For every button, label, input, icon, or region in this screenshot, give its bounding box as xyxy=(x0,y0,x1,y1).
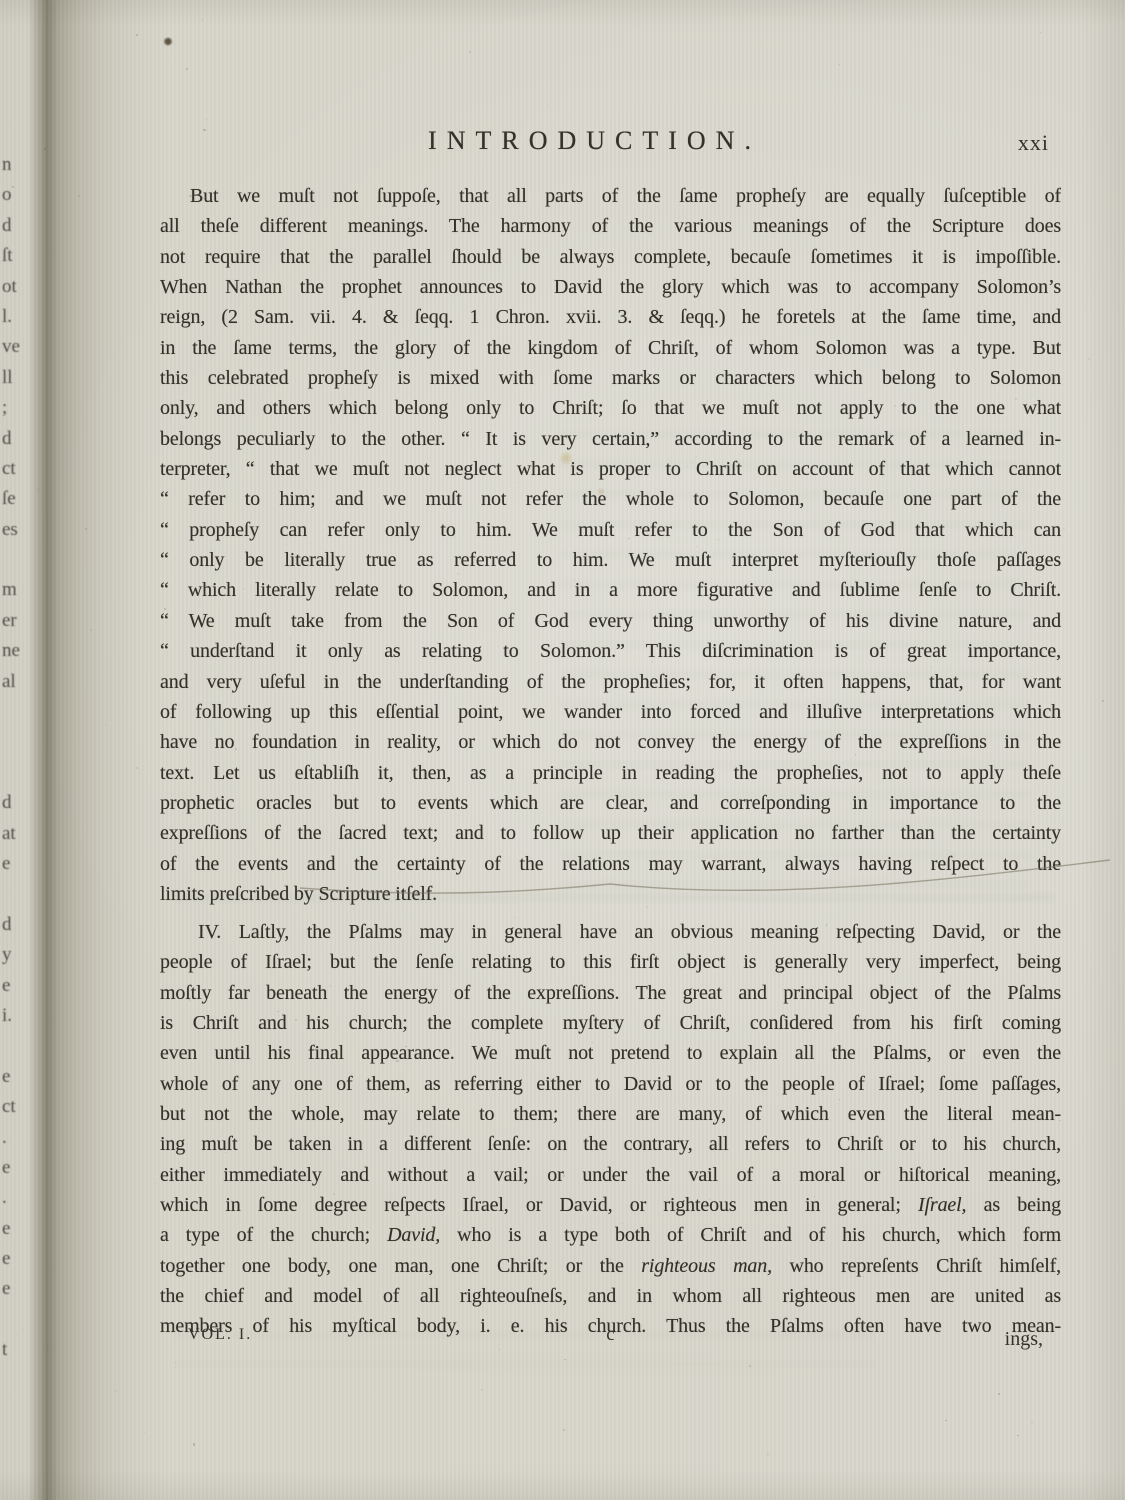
paper-speck xyxy=(564,1359,565,1360)
paper-speck xyxy=(290,638,291,639)
text-line: prophetic oracles but to events which ar… xyxy=(160,788,1061,818)
paper-speck xyxy=(193,1443,195,1445)
paper-speck xyxy=(186,68,188,70)
text-segment: together one body, one man, one Chriſt; … xyxy=(160,1255,641,1277)
text-line: When Nathan the prophet announces to Dav… xyxy=(160,272,1061,302)
paper-speck xyxy=(203,129,205,131)
facing-page-letter-fragment xyxy=(2,758,32,788)
paper-speck xyxy=(175,1362,176,1363)
paper-speck xyxy=(136,767,138,769)
catchword: ings, xyxy=(1005,1328,1043,1351)
facing-page-letter-fragment: d xyxy=(2,211,32,241)
paper-speck xyxy=(894,405,896,407)
facing-page-letter-fragment: n xyxy=(2,150,32,180)
facing-page-letter-fragment: e xyxy=(2,1062,32,1092)
paper-speck xyxy=(876,699,877,700)
paper-speck xyxy=(12,186,14,188)
facing-page-letter-fragment xyxy=(2,879,32,909)
text-line: together one body, one man, one Chriſt; … xyxy=(160,1251,1061,1281)
text-line: either immediately and without a vail; o… xyxy=(160,1160,1061,1190)
paper-speck xyxy=(950,742,952,744)
paper-speck xyxy=(839,64,840,65)
paper-speck xyxy=(396,1060,398,1062)
paper-speck xyxy=(1107,1174,1108,1175)
facing-page-letter-fragment: e xyxy=(2,1214,32,1244)
paper-speck xyxy=(105,724,106,725)
italic-phrase: David, xyxy=(387,1224,440,1246)
text-line: all theſe different meanings. The harmon… xyxy=(160,211,1061,241)
paper-speck xyxy=(949,534,950,535)
signature-mark: c xyxy=(160,1324,1061,1346)
paper-speck xyxy=(182,1489,183,1490)
text-segment: who is a type both of Chriſt and of his … xyxy=(440,1224,1061,1246)
facing-page-letter-fragment: ot xyxy=(2,272,32,302)
facing-page-letter-fragment xyxy=(2,545,32,575)
facing-page-letter-fragment: m xyxy=(2,575,32,605)
text-line: “ propheſy can refer only to him. We muſ… xyxy=(160,515,1061,545)
paragraph-1: But we muſt not ſuppoſe, that all parts … xyxy=(160,181,1061,909)
paper-speck xyxy=(646,906,648,908)
paper-speck xyxy=(888,1295,889,1296)
paper-speck xyxy=(189,195,191,197)
text-line: belongs peculiarly to the other. “ It is… xyxy=(160,424,1061,454)
facing-page-letter-fragment: er xyxy=(2,606,32,636)
paper-speck xyxy=(16,1334,17,1335)
facing-page-letter-fragment xyxy=(2,1305,32,1335)
paper-speck xyxy=(225,1152,226,1153)
text-line: terpreter, “ that we muſt not neglect wh… xyxy=(160,454,1061,484)
running-title: INTRODUCTION. xyxy=(144,126,1045,156)
text-line: reign, (2 Sam. vii. 4. & ſeqq. 1 Chron. … xyxy=(160,302,1061,332)
text-line: is Chriſt and his church; the complete m… xyxy=(160,1008,1061,1038)
facing-page-letter-fragment: t xyxy=(2,1335,32,1365)
paper-speck xyxy=(90,629,92,631)
paper-speck xyxy=(499,1349,500,1350)
facing-page-letter-fragment: ; xyxy=(2,393,32,423)
facing-page-letter-fragment: ve xyxy=(2,332,32,362)
facing-page-letter-fragment: e xyxy=(2,971,32,1001)
paper-speck xyxy=(767,1453,769,1455)
facing-page-letter-fragment: ſt xyxy=(2,241,32,271)
text-line: people of Iſrael; but the ſenſe relating… xyxy=(160,947,1061,977)
paper-speck xyxy=(481,1389,483,1391)
facing-page-letter-fragment: e xyxy=(2,1274,32,1304)
paper-speck xyxy=(814,1196,815,1197)
paper-speck xyxy=(931,667,932,668)
facing-page-letter-fragment xyxy=(2,1031,32,1061)
facing-page-letter-fragment: d xyxy=(2,788,32,818)
paper-speck xyxy=(469,51,470,52)
paper-speck xyxy=(1014,1218,1015,1219)
paper-speck xyxy=(136,34,138,36)
paper-speck xyxy=(839,1099,840,1100)
paper-speck xyxy=(698,191,699,192)
page-number: xxi xyxy=(1018,130,1049,156)
paper-speck xyxy=(1071,906,1073,908)
paper-speck xyxy=(457,573,459,575)
text-line: only, and others which belong only to Ch… xyxy=(160,393,1061,423)
text-line: in the ſame terms, the glory of the king… xyxy=(160,333,1061,363)
paper-speck xyxy=(235,748,236,749)
facing-page-letter-fragment: es xyxy=(2,515,32,545)
text-line: of following up this eſſential point, we… xyxy=(160,697,1061,727)
text-segment: as being xyxy=(966,1194,1061,1216)
text-line: “ We muſt take from the Son of God every… xyxy=(160,606,1061,636)
text-line: whole of any one of them, as referring e… xyxy=(160,1069,1061,1099)
text-segment: who repreſents Chriſt himſelf, xyxy=(772,1255,1061,1277)
paper-speck xyxy=(1034,1448,1035,1449)
facing-page-letter-fragment: d xyxy=(2,910,32,940)
paper-speck xyxy=(295,1019,297,1021)
facing-page-letter-fragment: y xyxy=(2,940,32,970)
facing-page-letter-fragment: at xyxy=(2,819,32,849)
text-line: ing muſt be taken in a different ſenſe: … xyxy=(160,1129,1061,1159)
paper-speck xyxy=(574,579,575,580)
book-page-scan: nodſtotl.vell;dctſeesmernealdatedyei.ect… xyxy=(0,0,1125,1500)
text-line: and very uſeful in the underſtanding of … xyxy=(160,667,1061,697)
text-line: limits preſcribed by Scripture itſelf. xyxy=(160,879,1061,909)
text-line: not require that the parallel ſhould be … xyxy=(160,242,1061,272)
text-line: “ underſtand it only as relating to Solo… xyxy=(160,636,1061,666)
italic-phrase: Iſrael, xyxy=(918,1194,966,1216)
text-line: expreſſions of the ſacred text; and to f… xyxy=(160,818,1061,848)
paper-speck xyxy=(47,1348,49,1350)
page-header: INTRODUCTION. xxi xyxy=(160,126,1061,160)
facing-page-letter-fragment: ſe xyxy=(2,484,32,514)
paper-speck xyxy=(44,148,46,150)
italic-phrase: righteous man, xyxy=(641,1255,772,1277)
facing-page-letter-fragment: d xyxy=(2,424,32,454)
text-line: “ refer to him; and we muſt not refer th… xyxy=(160,484,1061,514)
text-line: “ only be literally true as referred to … xyxy=(160,545,1061,575)
facing-page-letter-fragment: ct xyxy=(2,1092,32,1122)
paper-speck xyxy=(597,264,598,265)
text-line: which in ſome degree reſpects Iſrael, or… xyxy=(160,1190,1061,1220)
paper-speck xyxy=(202,19,203,20)
paper-speck xyxy=(695,456,696,457)
text-line: moſtly far beneath the energy of the exp… xyxy=(160,978,1061,1008)
text-segment: which in ſome degree reſpects Iſrael, or… xyxy=(160,1194,918,1216)
text-line: have no foundation in reality, or which … xyxy=(160,727,1061,757)
paper-speck xyxy=(863,1276,864,1277)
facing-page-letter-fragment: ct xyxy=(2,454,32,484)
paper-speck xyxy=(563,1429,565,1431)
text-line: the chief and model of all righteouſneſs… xyxy=(160,1281,1061,1311)
facing-page-letter-fragment: al xyxy=(2,667,32,697)
paper-speck xyxy=(84,425,85,426)
text-segment: a type of the church; xyxy=(160,1224,387,1246)
paper-speck xyxy=(85,528,87,530)
paper-speck xyxy=(333,1193,335,1195)
facing-page-letter-fragment xyxy=(2,697,32,727)
text-line: but not the whole, may relate to them; t… xyxy=(160,1099,1061,1129)
facing-page-letter-fragment: ll xyxy=(2,363,32,393)
facing-page-letter-fragment xyxy=(2,1366,32,1396)
paper-speck xyxy=(156,1183,157,1184)
text-line: text. Let us eſtabliſh it, then, as a pr… xyxy=(160,758,1061,788)
paper-speck xyxy=(1088,358,1089,359)
paper-speck xyxy=(1063,528,1065,530)
facing-page-letter-fragment: e xyxy=(2,849,32,879)
page-content: INTRODUCTION. xxi But we muſt not ſuppoſ… xyxy=(160,0,1061,1500)
facing-page-letter-fragment: . xyxy=(2,1183,32,1213)
paper-speck xyxy=(1102,700,1104,702)
facing-page-letter-fragment: e xyxy=(2,1244,32,1274)
paper-speck xyxy=(1061,250,1062,251)
paragraph-2: IV. Laſtly, the Pſalms may in general ha… xyxy=(160,917,1061,1342)
facing-page-letter-fragment: e xyxy=(2,1153,32,1183)
text-line: even until his final appearance. We muſt… xyxy=(160,1038,1061,1068)
paper-stain xyxy=(558,451,574,465)
paper-speck xyxy=(517,482,518,483)
paper-speck xyxy=(703,1234,705,1236)
paper-speck xyxy=(189,999,190,1000)
facing-page-letter-fragment: o xyxy=(2,180,32,210)
facing-page-letter-fragment xyxy=(2,727,32,757)
paper-speck xyxy=(38,489,39,490)
foxing-spot xyxy=(163,37,173,46)
paper-speck xyxy=(358,955,359,956)
paper-speck xyxy=(943,225,944,226)
facing-page-edge: nodſtotl.vell;dctſeesmernealdatedyei.ect… xyxy=(2,150,32,1396)
paper-speck xyxy=(873,262,874,263)
text-line: IV. Laſtly, the Pſalms may in general ha… xyxy=(160,917,1061,947)
text-line: a type of the church; David, who is a ty… xyxy=(160,1220,1061,1250)
paper-speck xyxy=(930,1337,931,1338)
text-line: this celebrated propheſy is mixed with ſ… xyxy=(160,363,1061,393)
paper-speck xyxy=(144,1432,145,1433)
text-line: But we muſt not ſuppoſe, that all parts … xyxy=(160,181,1061,211)
text-line: “ which literally relate to Solomon, and… xyxy=(160,575,1061,605)
facing-page-letter-fragment: l. xyxy=(2,302,32,332)
text-line: of the events and the certainty of the r… xyxy=(160,849,1061,879)
paper-speck xyxy=(116,1391,117,1392)
paper-speck xyxy=(1031,1421,1033,1423)
paper-speck xyxy=(78,195,80,197)
facing-page-letter-fragment: i. xyxy=(2,1001,32,1031)
paper-stain xyxy=(596,487,606,496)
facing-page-letter-fragment: ne xyxy=(2,636,32,666)
facing-page-letter-fragment: . xyxy=(2,1123,32,1153)
